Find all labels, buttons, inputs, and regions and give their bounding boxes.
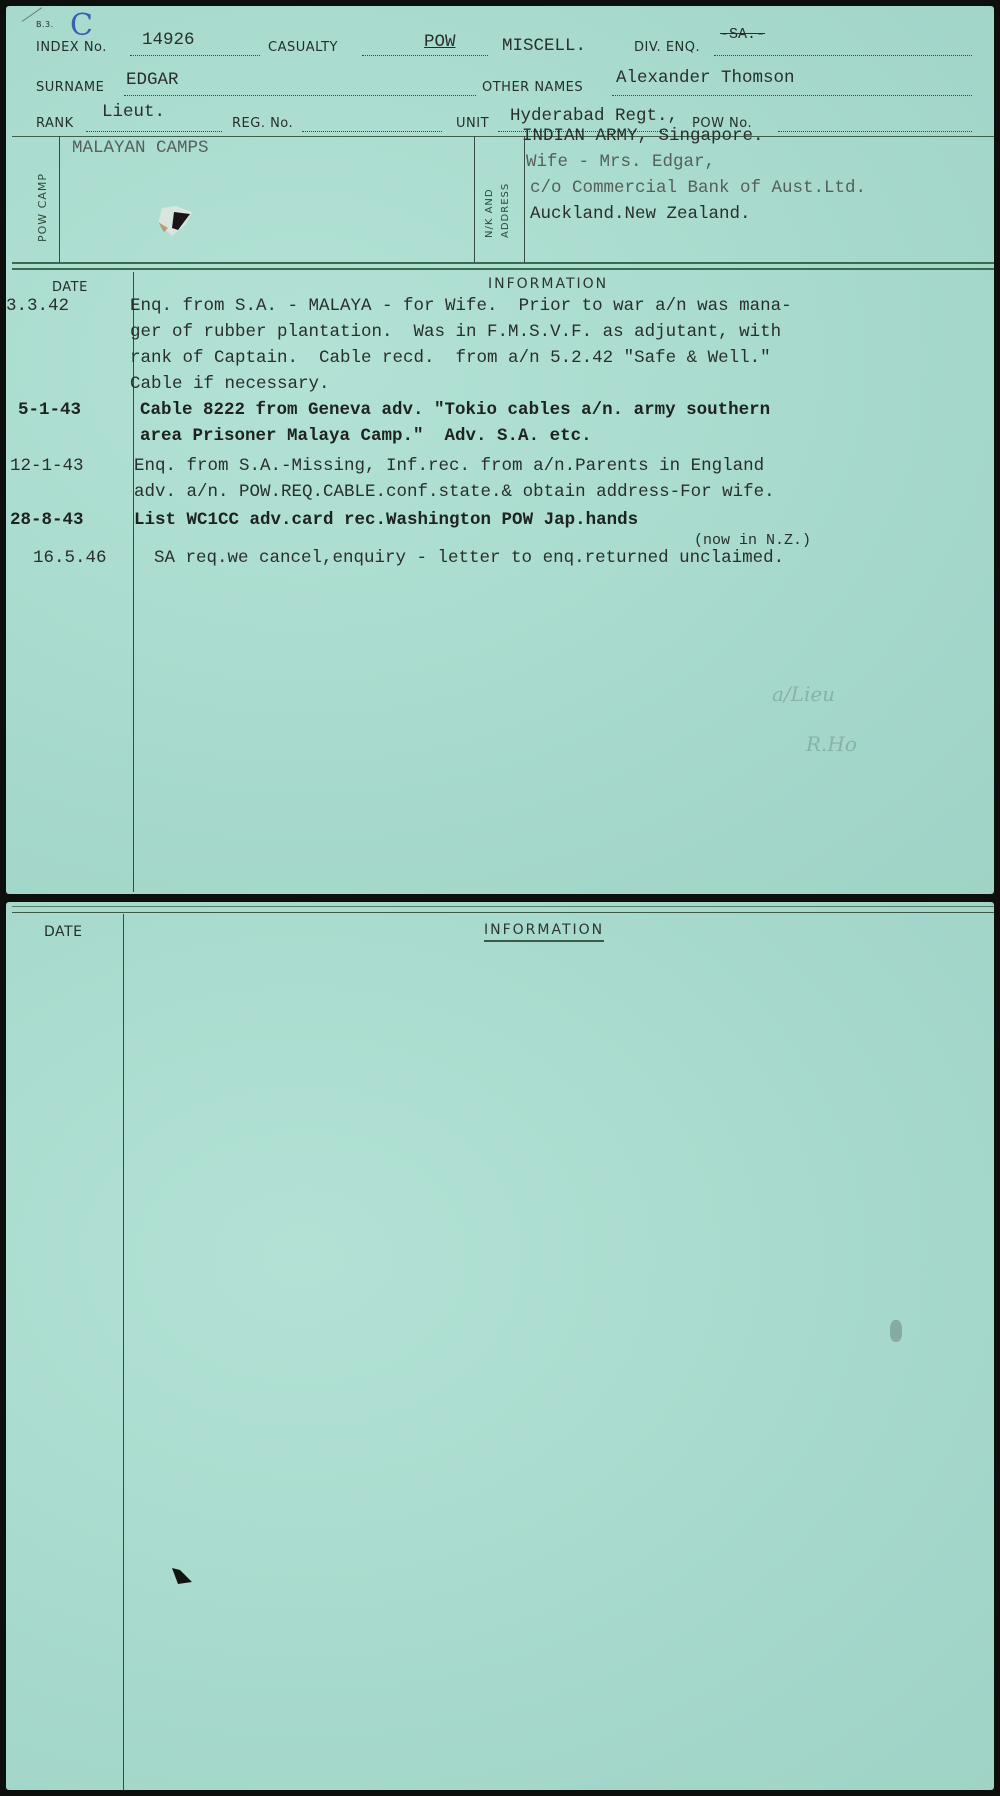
- rank-label: RANK: [36, 116, 74, 131]
- index-no-label: INDEX No.: [36, 40, 107, 55]
- casualty-line: [362, 55, 488, 56]
- nk-label-line1: N/K AND: [484, 188, 495, 238]
- log-date: 28-8-43: [10, 510, 84, 530]
- reg-no-label: REG. No.: [232, 116, 293, 131]
- div-enq-line: [714, 55, 972, 56]
- log-date: 12-1-43: [10, 456, 84, 476]
- nk-divider-left: [474, 136, 475, 262]
- stain-mark: [890, 1320, 902, 1342]
- log-line: Cable if necessary.: [130, 374, 330, 394]
- unit-value[interactable]: Hyderabad Regt.,: [510, 106, 678, 126]
- div-enq-value[interactable]: -SA.-: [720, 26, 765, 43]
- pow-no-line: [778, 131, 972, 132]
- index-no-value[interactable]: 14926: [142, 30, 195, 50]
- nk-address-line-3[interactable]: c/o Commercial Bank of Aust.Ltd.: [530, 178, 866, 198]
- log-date: 16.5.46: [33, 548, 107, 568]
- log-line: area Prisoner Malaya Camp." Adv. S.A. et…: [140, 426, 592, 446]
- nk-address-line-1[interactable]: INDIAN ARMY, Singapore.: [522, 126, 764, 146]
- nk-address-line-2[interactable]: Wife - Mrs. Edgar,: [526, 152, 715, 172]
- index-card-back: DATE INFORMATION: [6, 902, 994, 1790]
- index-card-front: B.3. C INDEX No. 14926 CASUALTY POW MISC…: [6, 6, 994, 894]
- casualty-label: CASUALTY: [268, 40, 338, 55]
- casualty-extra[interactable]: MISCELL.: [502, 36, 586, 56]
- log-date: 3.3.42: [6, 296, 69, 316]
- rank-value[interactable]: Lieut.: [102, 102, 165, 122]
- box-top-rule: [12, 136, 994, 137]
- nk-label-line2: ADDRESS: [500, 183, 511, 238]
- punch-hole: [168, 1566, 198, 1592]
- back-rule-top: [12, 906, 994, 907]
- log-line: adv. a/n. POW.REQ.CABLE.conf.state.& obt…: [134, 482, 775, 502]
- nk-divider-right: [524, 136, 525, 262]
- other-names-line: [612, 95, 972, 96]
- information-header: INFORMATION: [488, 276, 608, 292]
- pencil-note-line-1: a/Lieu: [772, 682, 835, 706]
- pow-camp-label: POW CAMP: [36, 173, 49, 242]
- log-annotation: (now in N.Z.): [694, 532, 811, 549]
- unit-label: UNIT: [456, 116, 489, 131]
- log-date: 5-1-43: [18, 400, 81, 420]
- pow-camp-divider: [59, 136, 60, 262]
- rank-line: [86, 131, 222, 132]
- surname-label: SURNAME: [36, 80, 104, 95]
- log-line: Enq. from S.A. - MALAYA - for Wife. Prio…: [130, 296, 792, 316]
- form-code: B.3.: [36, 20, 54, 29]
- pow-camp-value[interactable]: MALAYAN CAMPS: [72, 138, 209, 158]
- date-header: DATE: [52, 280, 88, 295]
- index-no-line: [130, 55, 260, 56]
- back-date-header: DATE: [44, 924, 82, 940]
- double-rule-bottom: [12, 268, 994, 270]
- punch-hole: [156, 202, 200, 242]
- surname-line: [124, 95, 476, 96]
- handwritten-mark: C: [70, 8, 93, 43]
- double-rule-top: [12, 262, 994, 264]
- pencil-note-line-2: R.Ho: [806, 732, 857, 756]
- log-line: SA req.we cancel,enquiry - letter to enq…: [154, 548, 784, 568]
- log-line: ger of rubber plantation. Was in F.M.S.V…: [130, 322, 781, 342]
- back-date-column-divider: [123, 914, 124, 1790]
- nk-address-line-4[interactable]: Auckland.New Zealand.: [530, 204, 751, 224]
- other-names-value[interactable]: Alexander Thomson: [616, 68, 795, 88]
- back-rule-bottom: [12, 912, 994, 913]
- other-names-label: OTHER NAMES: [482, 80, 583, 95]
- reg-no-line: [302, 131, 442, 132]
- log-line: rank of Captain. Cable recd. from a/n 5.…: [130, 348, 771, 368]
- casualty-value[interactable]: POW: [424, 32, 456, 52]
- log-line: Enq. from S.A.-Missing, Inf.rec. from a/…: [134, 456, 764, 476]
- log-line: Cable 8222 from Geneva adv. "Tokio cable…: [140, 400, 770, 420]
- back-information-header: INFORMATION: [484, 922, 604, 942]
- div-enq-label: DIV. ENQ.: [634, 40, 700, 55]
- log-line: List WC1CC adv.card rec.Washington POW J…: [134, 510, 638, 530]
- surname-value[interactable]: EDGAR: [126, 70, 179, 90]
